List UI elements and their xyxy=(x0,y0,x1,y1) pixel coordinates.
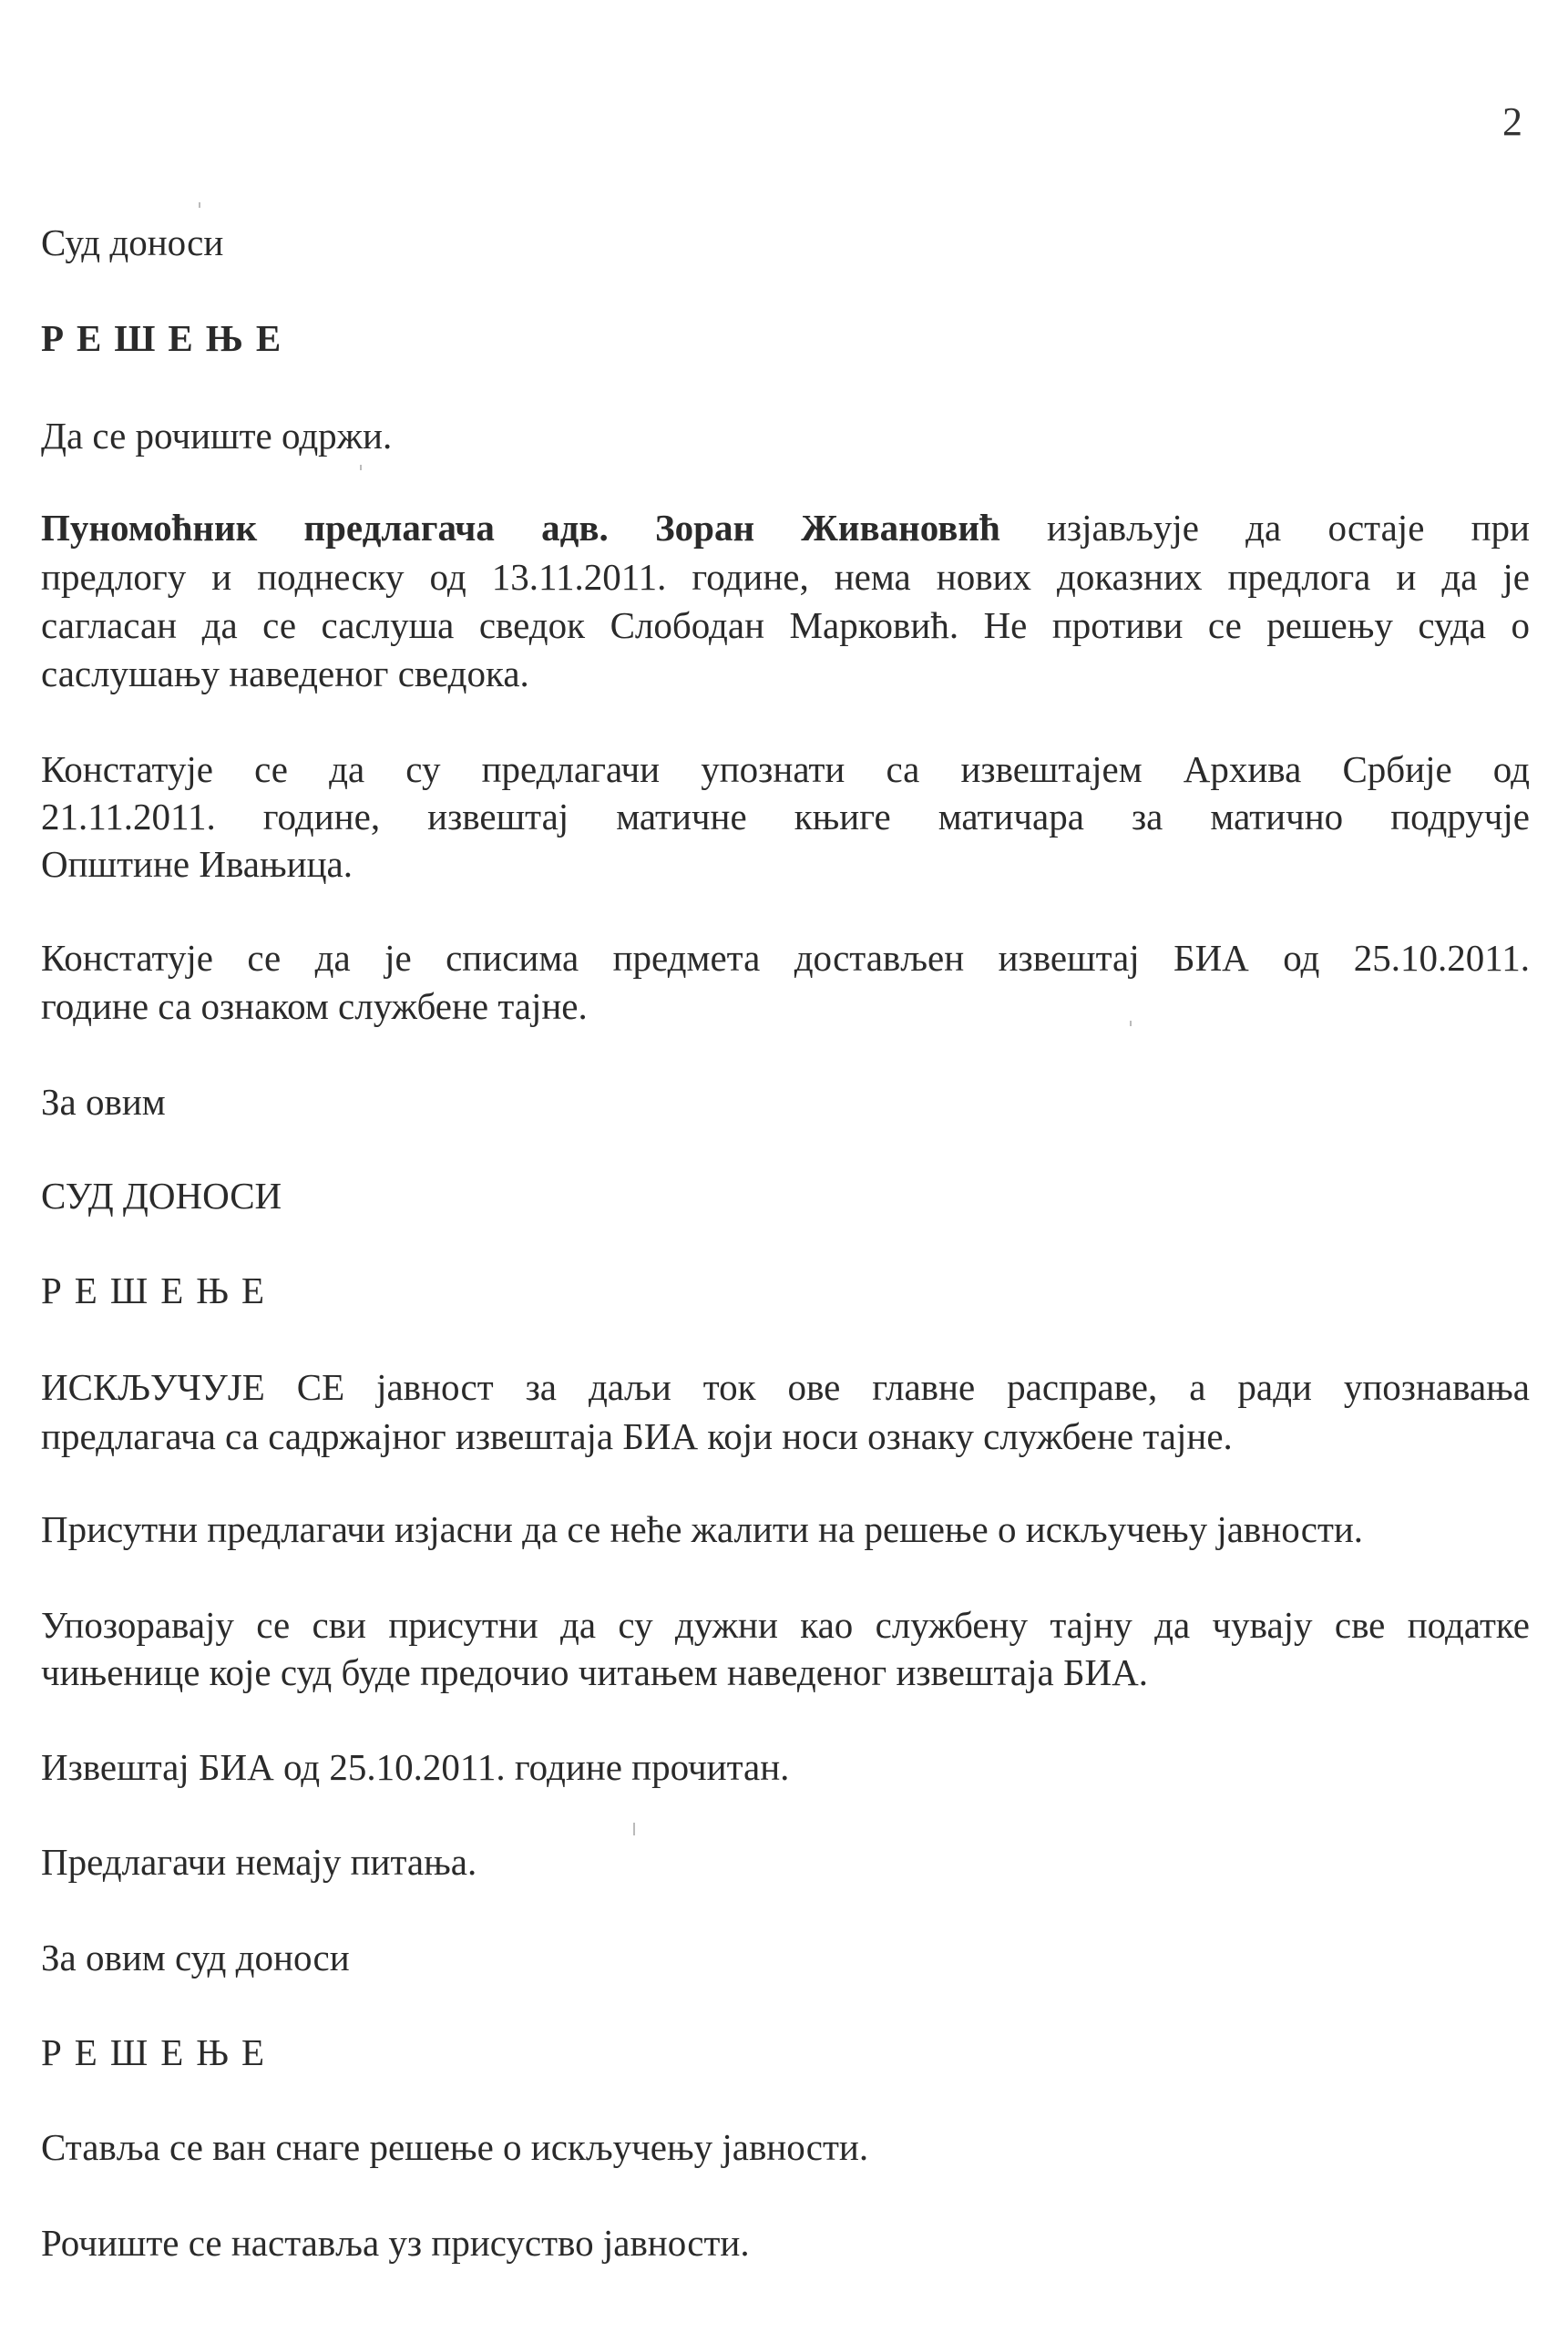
exclusion-line-2: предлагача са садржајног извештаја БИА к… xyxy=(41,1413,1233,1460)
archive-report-line-1: Констатује се да су предлагачи упознати … xyxy=(41,745,1530,793)
court-decides-caps: СУД ДОНОСИ xyxy=(41,1172,282,1219)
hearing-continues-text: Рочиште се наставља уз присуство јавност… xyxy=(41,2219,750,2266)
scan-speck xyxy=(360,465,362,470)
attorney-statement-line-4: саслушању наведеног сведока. xyxy=(41,650,529,697)
statement-text: изјављује да остаје при xyxy=(1000,507,1530,549)
thereafter-text: За овим xyxy=(41,1078,166,1125)
decision-heading-2: РЕШЕЊЕ xyxy=(41,1267,277,1314)
no-appeal-text: Присутни предлагачи изјасни да се неће ж… xyxy=(41,1506,1363,1553)
warning-line-1: Упозоравају се сви присутни да су дужни … xyxy=(41,1601,1530,1649)
page-number: 2 xyxy=(1502,98,1522,145)
archive-report-line-2: 21.11.2011. године, извештај матичне књи… xyxy=(41,793,1530,840)
no-questions-text: Предлагачи немају питања. xyxy=(41,1838,477,1886)
decision-heading-3: РЕШЕЊЕ xyxy=(41,2029,277,2076)
attorney-name: Пуномоћник предлагача адв. Зоран Живанов… xyxy=(41,507,1000,549)
exclusion-line-1: ИСКЉУЧУЈЕ СЕ јавност за даљи ток ове гла… xyxy=(41,1363,1530,1411)
scan-speck xyxy=(633,1823,635,1835)
report-read-text: Извештај БИА од 25.10.2011. године прочи… xyxy=(41,1743,789,1791)
scan-speck xyxy=(199,202,200,208)
attorney-statement-line-1: Пуномоћник предлагача адв. Зоран Живанов… xyxy=(41,504,1530,551)
thereafter-court-decides: За овим суд доноси xyxy=(41,1934,350,1981)
document-page: 2 Суд доноси РЕШЕЊЕ Да се рочиште одржи.… xyxy=(0,0,1568,2333)
decision-heading-bold: РЕШЕЊЕ xyxy=(41,314,293,362)
bia-report-line-1: Констатује се да је списима предмета дос… xyxy=(41,934,1530,982)
bia-report-line-2: године са ознаком службене тајне. xyxy=(41,982,588,1030)
archive-report-line-3: Општине Ивањица. xyxy=(41,840,353,888)
hearing-held-text: Да се рочиште одржи. xyxy=(41,412,392,459)
warning-line-2: чињенице које суд буде предочио читањем … xyxy=(41,1649,1148,1696)
exclusion-revoked-text: Ставља се ван снаге решење о искључењу ј… xyxy=(41,2123,868,2171)
attorney-statement-line-2: предлогу и поднеску од 13.11.2011. годин… xyxy=(41,553,1530,601)
scan-speck xyxy=(1130,1021,1132,1026)
attorney-statement-line-3: сагласан да се саслуша сведок Слободан М… xyxy=(41,601,1530,649)
court-decides-heading: Суд доноси xyxy=(41,219,223,266)
